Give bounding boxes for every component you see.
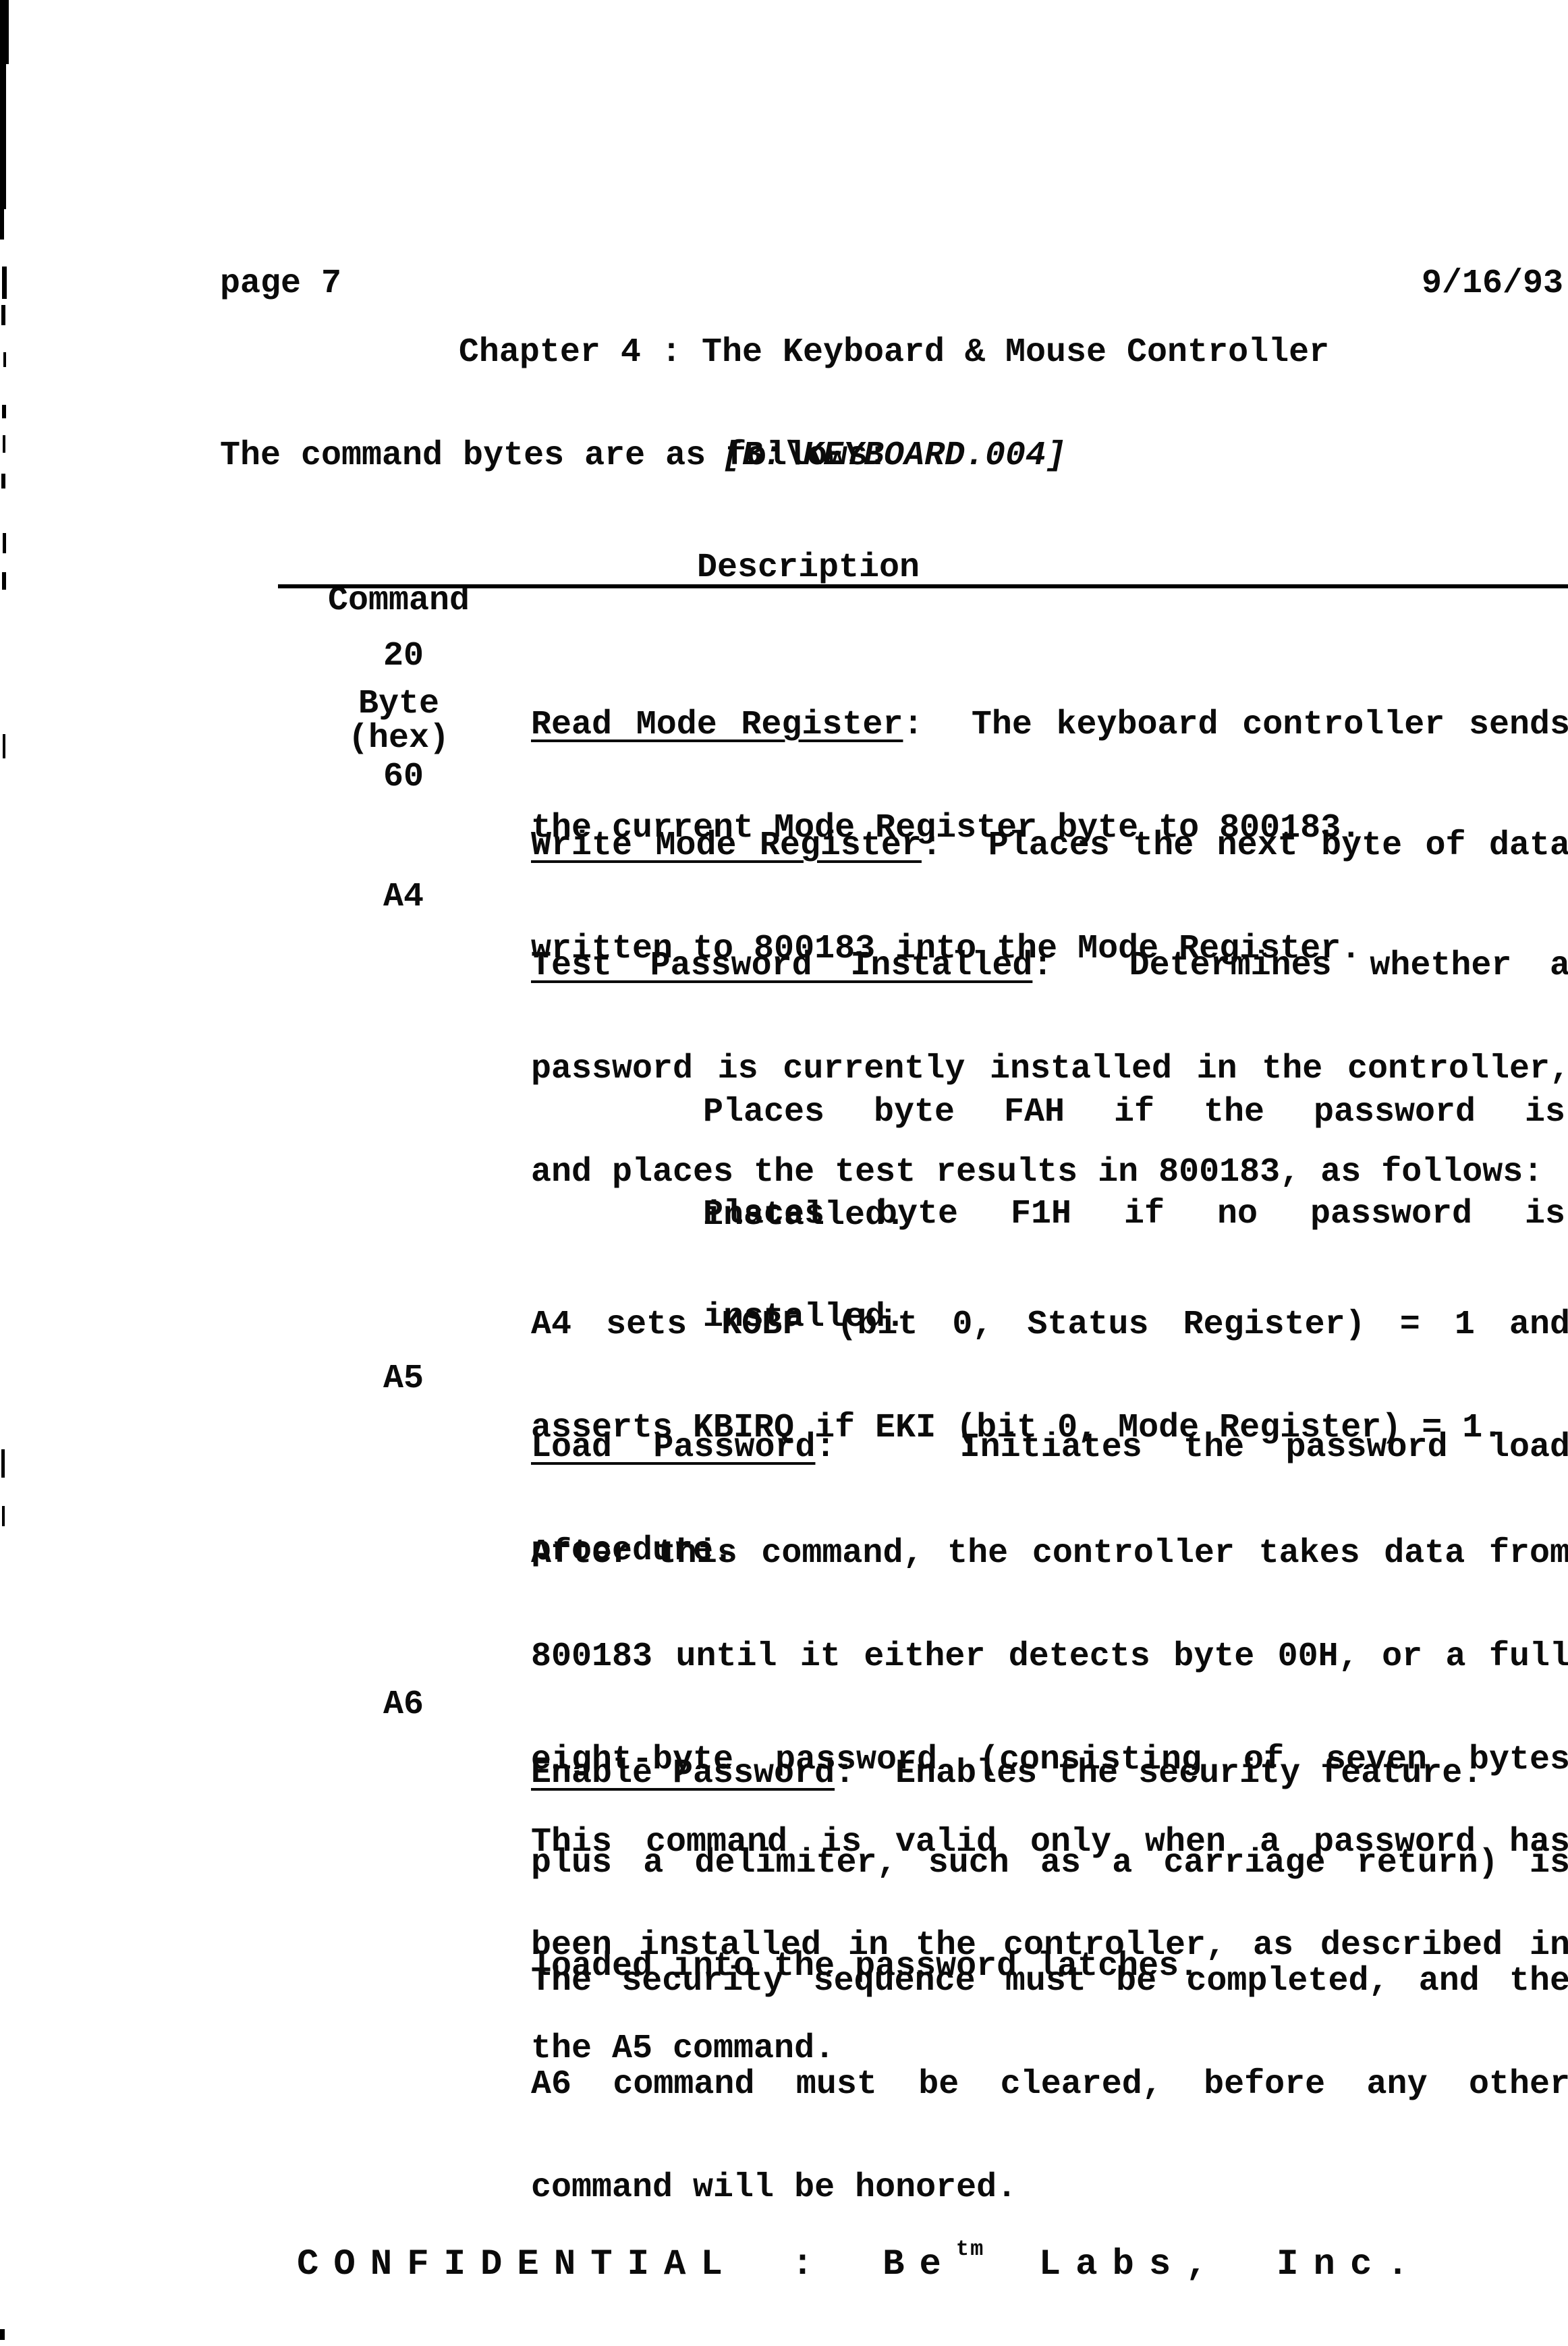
table-header-byte-hex: Byte (hex): [298, 687, 500, 756]
command-term: Load Password: [531, 1428, 815, 1467]
command-byte-cell-a4: A4: [383, 880, 424, 914]
command-term-rest: : Initiates the password load: [815, 1428, 1568, 1467]
footer-trademark: tm: [956, 2237, 984, 2262]
command-term: Write Mode Register: [531, 827, 922, 865]
command-term: Read Mode Register: [531, 706, 903, 744]
command-term: Test Password Installed: [531, 947, 1032, 985]
description-line: The security sequence must be completed,…: [531, 1964, 1568, 1999]
description-line: This command is valid only when a passwo…: [531, 1825, 1568, 1860]
command-term-rest: : Places the next byte of data: [922, 827, 1568, 865]
table-header-rule: [278, 584, 1568, 588]
table-header-command: Command: [298, 584, 500, 618]
description-line: Places byte F1H if no password is: [703, 1197, 1565, 1231]
command-term-rest: : Determines whether a: [1032, 947, 1568, 985]
description-line: 800183 until it either detects byte 00H,…: [531, 1640, 1568, 1674]
description-line: A6 command must be cleared, before any o…: [531, 2067, 1568, 2102]
command-byte-cell-20: 20: [383, 639, 424, 673]
scan-artifact: [3, 734, 5, 758]
scan-artifact: [3, 435, 5, 453]
command-term-rest: : The keyboard controller sends: [903, 706, 1568, 744]
command-byte-cell-a5: A5: [383, 1362, 424, 1396]
scan-artifact: [3, 533, 6, 553]
description-line: Read Mode Register: The keyboard control…: [531, 708, 1568, 742]
scan-artifact: [1, 305, 5, 325]
scan-artifact: [0, 64, 6, 209]
scan-artifact: [2, 1506, 5, 1526]
page-number: page 7: [220, 267, 341, 301]
description-line: A4 sets KOBF (bit 0, Status Register) = …: [531, 1308, 1568, 1342]
description-line: Test Password Installed: Determines whet…: [531, 949, 1568, 983]
scan-artifact: [0, 2329, 5, 2340]
footer-confidential-post: Labs, Inc.: [984, 2244, 1423, 2285]
description-line: Places byte FAH if the password is: [703, 1095, 1565, 1129]
description-line: command will be honored.: [531, 2171, 1568, 2205]
scan-artifact: [2, 267, 7, 299]
scan-artifact: [2, 572, 6, 590]
a6-note-2: The security sequence must be completed,…: [531, 1895, 1568, 2274]
table-header-description: Description: [697, 551, 920, 585]
scan-artifact: [2, 405, 6, 418]
intro-text: The command bytes are as follows:: [220, 439, 888, 473]
command-byte-cell-60: 60: [383, 760, 424, 794]
scan-artifact: [1, 1449, 5, 1478]
description-line: After this command, the controller takes…: [531, 1536, 1568, 1571]
footer-confidential-pre: CONFIDENTIAL : Be: [297, 2244, 956, 2285]
scan-artifact: [1, 474, 5, 488]
footer-confidential: CONFIDENTIAL : Betm Labs, Inc.: [297, 2230, 1424, 2285]
scan-artifact: [0, 209, 4, 240]
description-line: Load Password: Initiates the password lo…: [531, 1430, 1568, 1465]
chapter-title: Chapter 4 : The Keyboard & Mouse Control…: [445, 335, 1343, 370]
document-date: 9/16/93: [1422, 267, 1563, 301]
command-byte-cell-a6: A6: [383, 1687, 424, 1722]
document-page: page 7 Chapter 4 : The Keyboard & Mouse …: [0, 0, 1568, 2346]
scan-artifact: [0, 0, 9, 64]
document-header-center: Chapter 4 : The Keyboard & Mouse Control…: [445, 267, 1343, 542]
scan-artifact: [3, 352, 6, 367]
description-line: Write Mode Register: Places the next byt…: [531, 829, 1568, 863]
